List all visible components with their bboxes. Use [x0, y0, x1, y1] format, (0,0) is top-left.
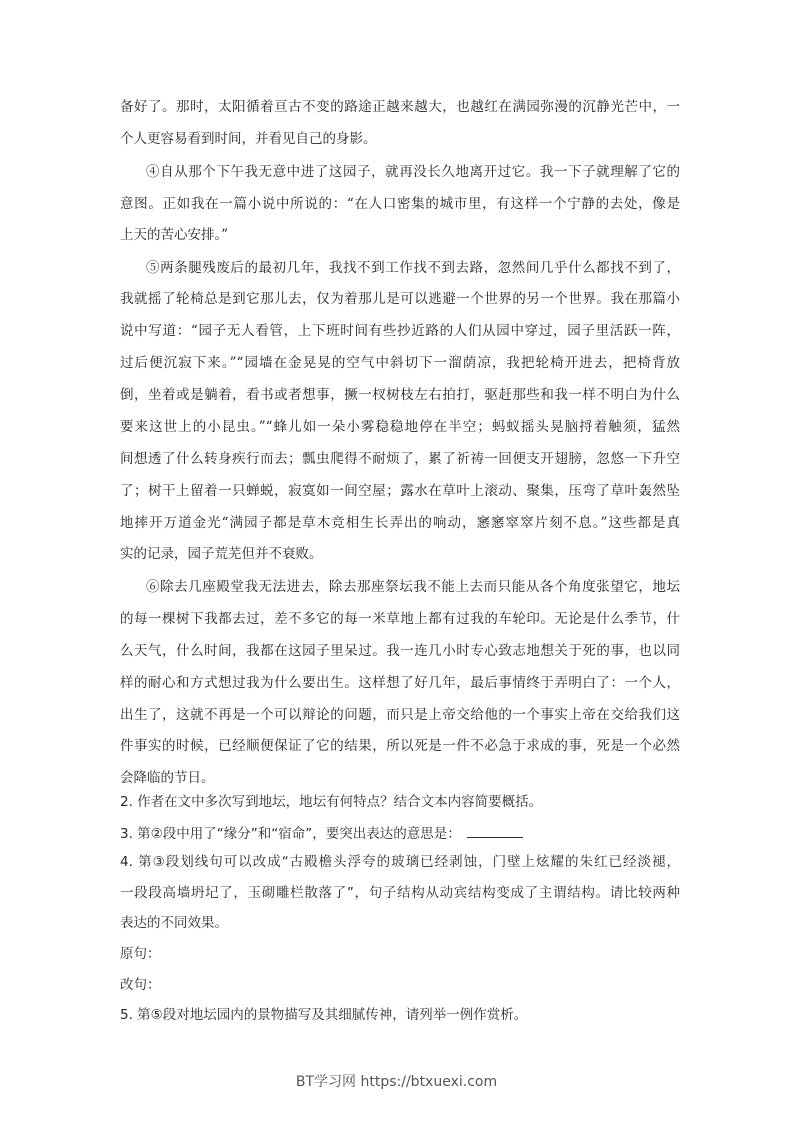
paragraph-4-line-2: 意图。正如我在一篇小说中所说的：“在人口密集的城市里，有这样一个宁静的去处，像是	[120, 195, 680, 213]
question-5: 5. 第⑤段对地坛园内的景物描写及其细腻传神，请列举一例作赏析。	[120, 1006, 680, 1024]
paragraph-5-line-7: 间想透了什么转身疾行而去；瓢虫爬得不耐烦了，累了祈祷一回便支开翅膀，忽悠一下升空	[120, 450, 680, 468]
paragraph-3-line-2: 个人更容易看到时间，并看见自己的身影。	[120, 130, 680, 148]
question-4-line-3: 表达的不同效果。	[120, 914, 680, 932]
paragraph-6-line-7: 会降临的节日。	[120, 769, 680, 787]
paragraph-5-line-4: 过后便沉寂下来。”“园墙在金晃晃的空气中斜切下一溜荫凉，我把轮椅开进去，把椅背放	[120, 354, 680, 372]
question-2: 2. 作者在文中多次写到地坛，地坛有何特点？结合文本内容简要概括。	[120, 793, 680, 811]
paragraph-4-line-1: ④自从那个下午我无意中进了这园子，就再没长久地离开过它。我一下子就理解了它的	[146, 163, 680, 181]
paragraph-5-line-2: 我就摇了轮椅总是到它那儿去，仅为着那儿是可以逃避一个世界的另一个世界。我在那篇小	[120, 290, 680, 308]
paragraph-5-line-8: 了；树干上留着一只蝉蜕，寂寞如一间空屋；露水在草叶上滚动、聚集，压弯了草叶轰然坠	[120, 482, 680, 500]
question-4-line-2: 一段段高墙坍圮了，玉砌雕栏散落了”，句子结构从动宾结构变成了主谓结构。请比较两种	[120, 884, 680, 902]
question-3: 3. 第②段中用了“缘分”和“宿命”，要突出表达的意思是：	[120, 823, 680, 843]
paragraph-5-line-6: 要来这世上的小昆虫。”“蜂儿如一朵小雾稳稳地停在半空；蚂蚁摇头晃脑捋着触须，猛然	[120, 418, 680, 436]
paragraph-6-line-2: 的每一棵树下我都去过，差不多它的每一米草地上都有过我的车轮印。无论是什么季节，什	[120, 610, 680, 628]
paragraph-5-line-3: 说中写道：“园子无人看管，上下班时间有些抄近路的人们从园中穿过，园子里活跃一阵，	[120, 322, 680, 340]
paragraph-5-line-9: 地摔开万道金光“满园子都是草木竞相生长弄出的响动，窸窸窣窣片刻不息。”这些都是真	[120, 514, 680, 532]
paragraph-5-line-10: 实的记录，园子荒芜但并不衰败。	[120, 545, 680, 563]
paragraph-5-line-1: ⑤两条腿残废后的最初几年，我找不到工作找不到去路，忽然间几乎什么都找不到了，	[146, 259, 680, 277]
paragraph-6-line-4: 样的耐心和方式想过我为什么要出生。这样想了好几年，最后事情终于弄明白了：一个人，	[120, 674, 680, 692]
paragraph-4-line-3: 上天的苦心安排。”	[120, 226, 680, 244]
paragraph-6-line-3: 么天气，什么时间，我都在这园子里呆过。我一连几小时专心致志地想关于死的事，也以同	[120, 642, 680, 660]
question-3-text: 3. 第②段中用了“缘分”和“宿命”，要突出表达的意思是：	[120, 826, 461, 842]
paragraph-6-line-1: ⑥除去几座殿堂我无法进去，除去那座祭坛我不能上去而只能从各个角度张望它，地坛	[146, 578, 680, 596]
question-4-line-1: 4. 第③段划线句可以改成“古殿檐头浮夸的玻璃已经剥蚀，门壁上炫耀的朱红已经淡褪…	[120, 853, 680, 871]
paragraph-6-line-6: 件事实的时候，已经顺便保证了它的结果，所以死是一件不必急于求成的事，死是一个必然	[120, 737, 680, 755]
document-page: 备好了。那时，太阳循着亘古不变的路途正越来越大，也越红在满园弥漫的沉静光芒中，一…	[0, 0, 793, 1122]
paragraph-6-line-5: 出生了，这就不再是一个可以辩论的问题，而只是上帝交给他的一个事实上帝在交给我们这	[120, 706, 680, 724]
footer-watermark: BT学习网 https://btxuexi.com	[0, 1071, 793, 1091]
paragraph-3-line-1: 备好了。那时，太阳循着亘古不变的路途正越来越大，也越红在满园弥漫的沉静光芒中，一	[120, 98, 680, 116]
paragraph-5-line-5: 倒，坐着或是躺着，看书或者想事，撅一杈树枝左右拍打，驱赶那些和我一样不明白为什么	[120, 386, 680, 404]
answer-blank[interactable]	[467, 823, 523, 838]
revised-sentence-label: 改句：	[120, 976, 680, 994]
original-sentence-label: 原句：	[120, 945, 680, 963]
